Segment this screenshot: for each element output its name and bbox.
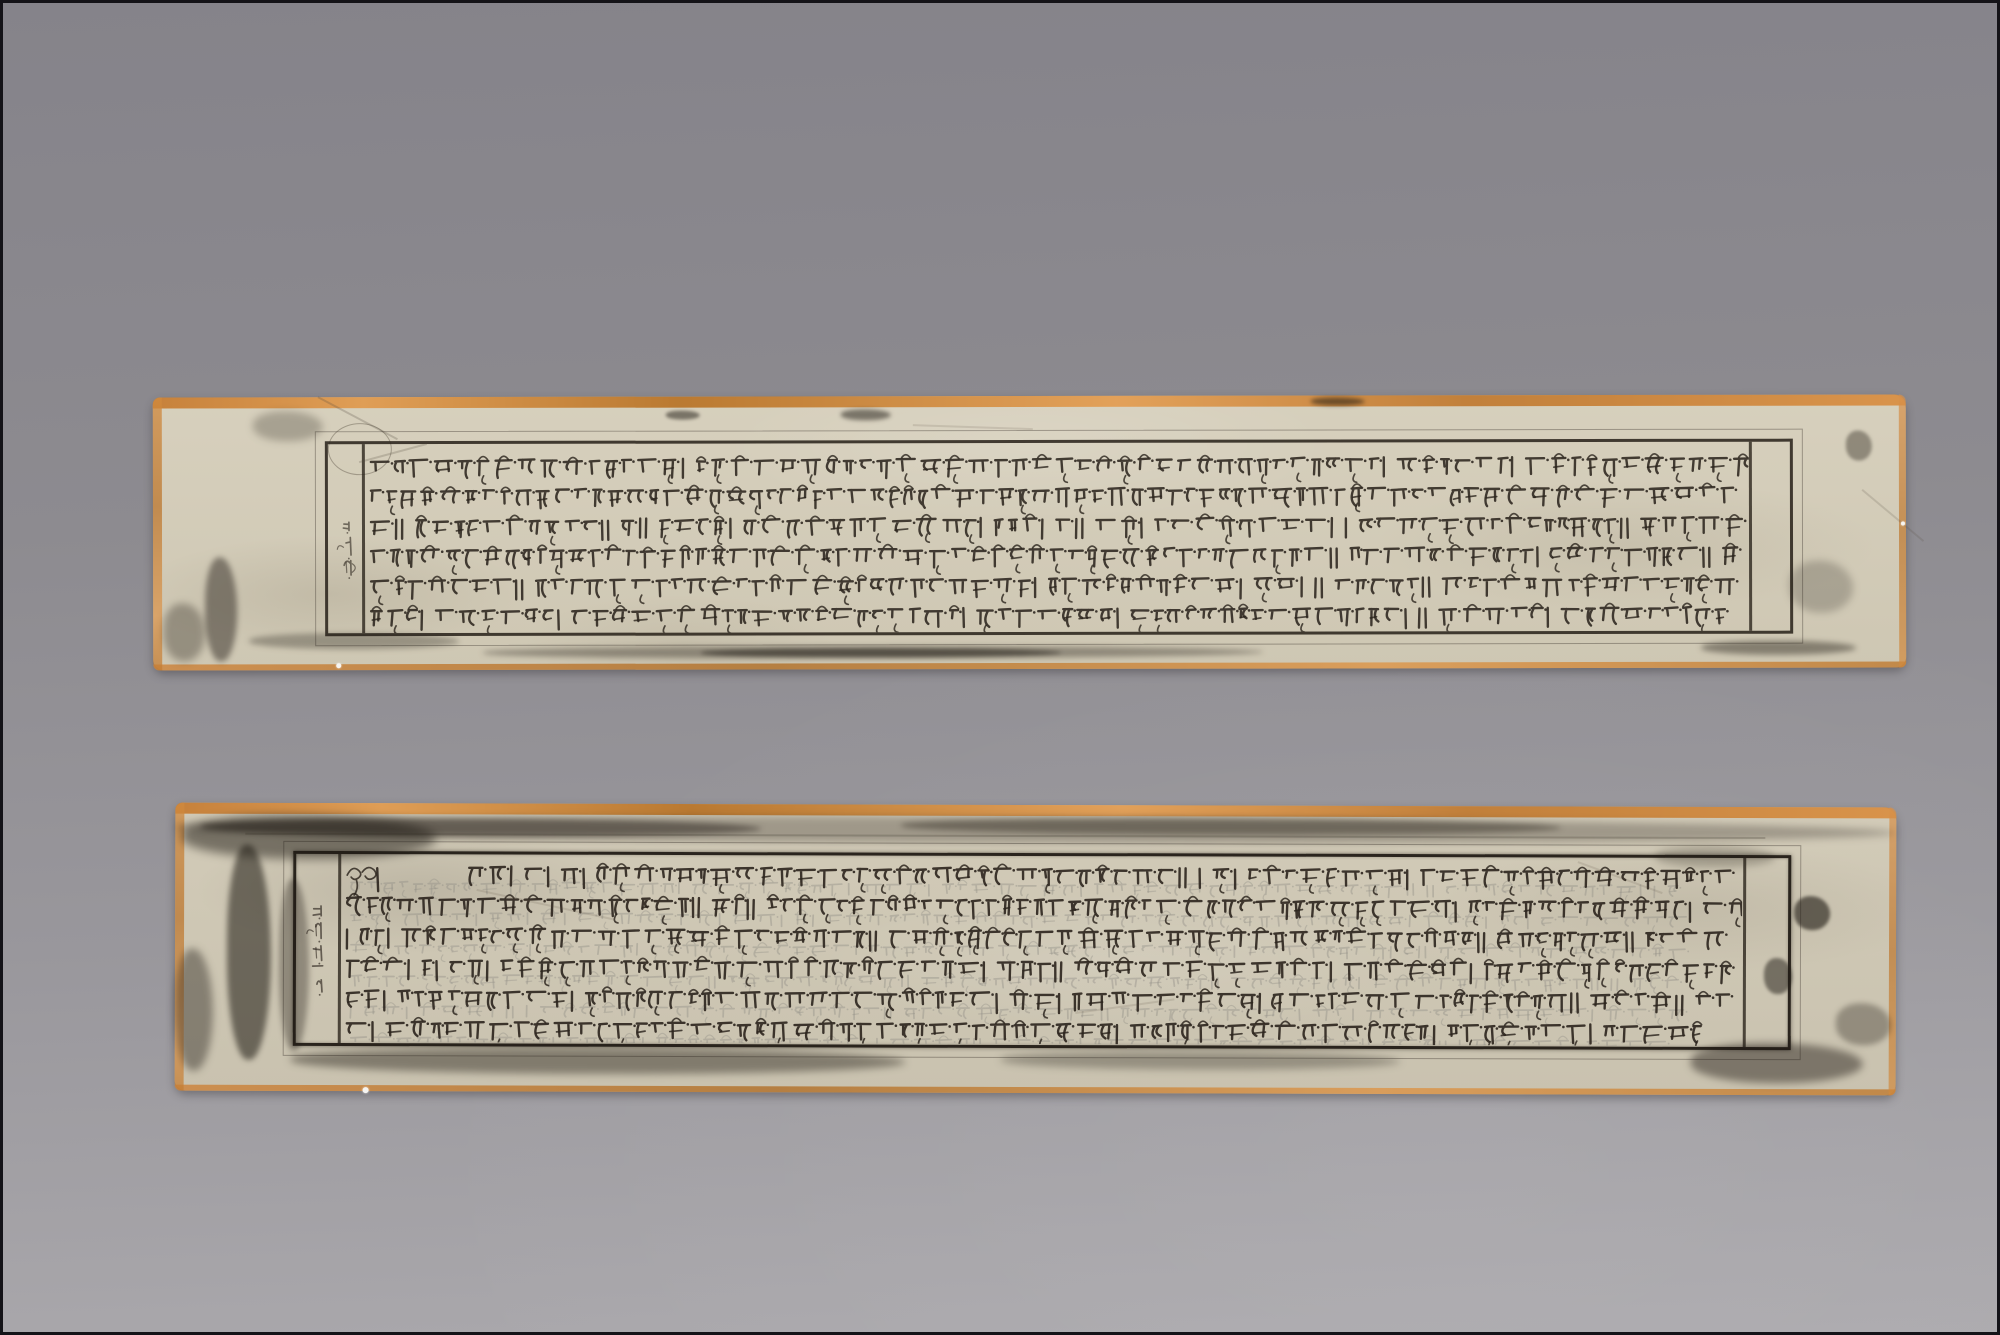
photograph: ཡས། །ནམ་མཁའི་སྐུར་ཕྱེད་བཞུས་པ་བཞིན། །སྲུ… [0, 0, 2000, 1335]
ghost-frame-line [245, 833, 1765, 839]
dyed-edge-right [1889, 807, 1897, 1095]
white-speck [363, 1087, 369, 1093]
text-block-lower [341, 854, 1744, 1047]
right-margin-column-upper [1749, 442, 1790, 631]
margin-note-upper [328, 444, 365, 633]
scratch-mark [913, 424, 1033, 429]
ink-smudge [291, 1047, 906, 1075]
text-frame-lower [293, 851, 1792, 1050]
scratch-mark [1862, 489, 1924, 541]
ink-smudge [1701, 641, 1856, 655]
ink-smudge [175, 949, 213, 1071]
text-block-upper [365, 442, 1749, 633]
tibetan-text-lower [341, 854, 1743, 1046]
left-margin-column-upper [328, 444, 365, 633]
ink-smudge [175, 815, 1896, 846]
dyed-edge-top [153, 394, 1906, 408]
ink-smudge [841, 409, 891, 420]
ink-smudge [1836, 1003, 1891, 1045]
ink-smudge [666, 411, 700, 420]
ink-smudge [1311, 397, 1365, 405]
dyed-edge-left [175, 803, 185, 1091]
dyed-edge-bottom [153, 661, 1906, 670]
margin-note-lower [296, 854, 342, 1042]
left-margin-column-lower [296, 854, 342, 1043]
dyed-edge-top [175, 803, 1896, 819]
ink-smudge [483, 646, 1263, 659]
ink-smudge [227, 845, 272, 1060]
ink-smudge [701, 648, 1061, 658]
ink-smudge [163, 603, 205, 661]
text-frame-upper [325, 439, 1793, 637]
ink-smudge [1846, 431, 1872, 461]
hidden-transcription: ཡས། །ནམ་མཁའི་སྐུར་ཕྱེད་བཞུས་པ་བཞིན། །སྲུ… [3, 3, 4, 4]
ink-smudge [253, 411, 323, 441]
ink-smudge [1794, 896, 1830, 930]
manuscript-leaf-lower [175, 803, 1897, 1096]
white-speck [1901, 521, 1905, 525]
white-speck [336, 663, 341, 668]
dyed-edge-bottom [175, 1085, 1896, 1096]
ink-smudge [901, 818, 1561, 836]
ink-smudge [1001, 1051, 1401, 1070]
tibetan-text-upper [365, 442, 1749, 633]
ink-smudge [205, 557, 237, 661]
ink-smudge [201, 818, 761, 838]
dyed-edge-right [1899, 394, 1906, 667]
right-margin-column-lower [1743, 858, 1789, 1047]
ink-smudge [1789, 561, 1853, 613]
manuscript-leaf-upper [153, 394, 1906, 670]
dyed-edge-left [153, 398, 162, 671]
